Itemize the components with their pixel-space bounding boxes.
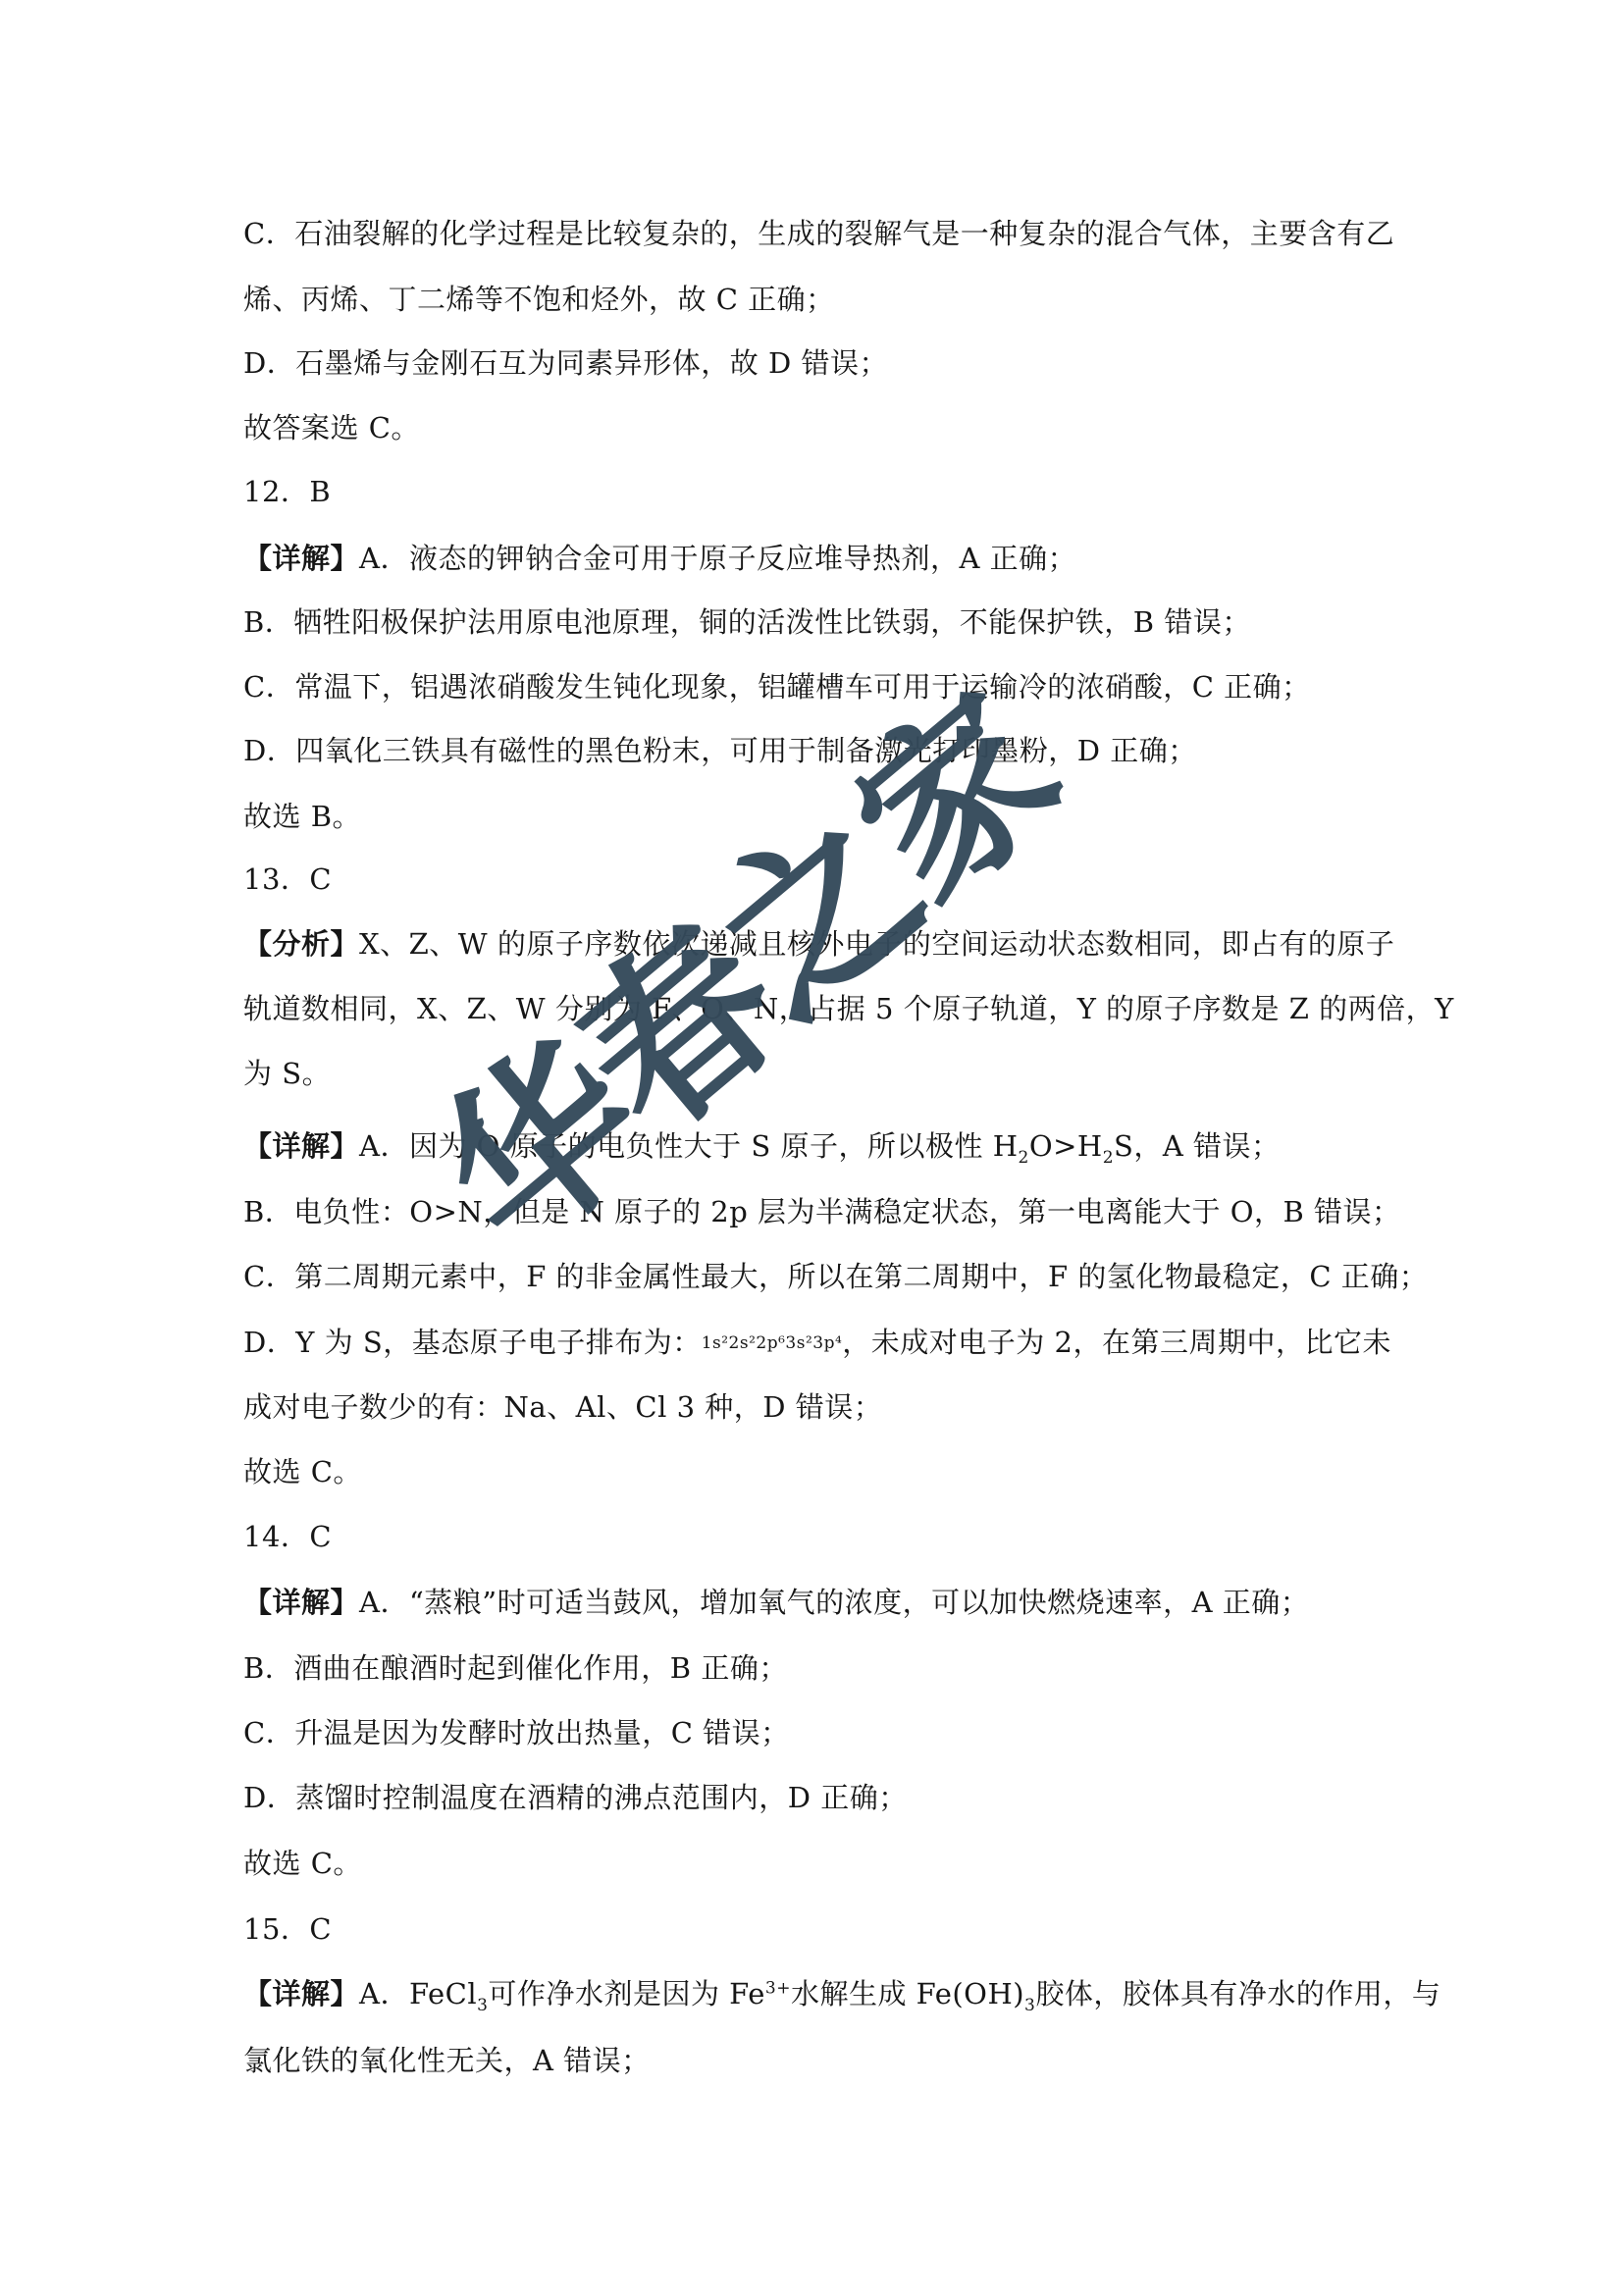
q13-analysis-line2: 轨道数相同，X、Z、W 分别为 F、O、N，占据 5 个原子轨道，Y 的原子序数… (243, 989, 1421, 1028)
q11-option-d: D．石墨烯与金刚石互为同素异形体，故 D 错误； (243, 343, 1421, 383)
q12-conclusion: 故选 B。 (243, 797, 1421, 836)
q12-detail-a: 【详解】A．液态的钾钠合金可用于原子反应堆导热剂，A 正确； (243, 539, 1421, 578)
text-segment: 水解生成 Fe(OH) (791, 1977, 1024, 2010)
detail-tag: 【详解】 (243, 1129, 359, 1163)
q13-analysis-text: X、Z、W 的原子序数依次递减且核外电子的空间运动状态数相同，即占有的原子 (359, 927, 1394, 961)
q15-answer: 15．C (243, 1909, 1421, 1949)
document-page: C．石油裂解的化学过程是比较复杂的，生成的裂解气是一种复杂的混合气体，主要含有乙… (0, 0, 1623, 2296)
q11-option-c-line2: 烯、丙烯、丁二烯等不饱和烃外，故 C 正确； (243, 280, 1421, 319)
q12-option-b: B．牺牲阳极保护法用原电池原理，铜的活泼性比铁弱，不能保护铁，B 错误； (243, 602, 1421, 642)
text-segment: O>H (1029, 1129, 1103, 1163)
q15-detail-a-line2: 氯化铁的氧化性无关，A 错误； (243, 2041, 1421, 2080)
subscript: 3 (477, 1996, 488, 2015)
q12-option-a-text: A．液态的钾钠合金可用于原子反应堆导热剂，A 正确； (359, 542, 1076, 575)
q13-option-d-line1: D．Y 为 S，基态原子电子排布为：1s²2s²2p⁶3s²3p⁴，未成对电子为… (243, 1323, 1421, 1363)
q13-conclusion: 故选 C。 (243, 1452, 1421, 1491)
subscript: 2 (1103, 1148, 1114, 1168)
text-segment: D．Y 为 S，基态原子电子排布为： (243, 1326, 702, 1359)
q15-detail-a-line1: 【详解】A．FeCl3可作净水剂是因为 Fe3+水解生成 Fe(OH)3胶体，胶… (243, 1974, 1421, 2013)
subscript: 2 (1018, 1148, 1028, 1168)
text-segment: ，未成对电子为 2，在第三周期中，比它未 (842, 1326, 1391, 1359)
q14-answer: 14．C (243, 1517, 1421, 1556)
q13-answer: 13．C (243, 860, 1421, 899)
q14-option-d: D．蒸馏时控制温度在酒精的沸点范围内，D 正确； (243, 1778, 1421, 1817)
q13-analysis-line1: 【分析】X、Z、W 的原子序数依次递减且核外电子的空间运动状态数相同，即占有的原… (243, 924, 1421, 964)
q14-option-c: C．升温是因为发酵时放出热量，C 错误； (243, 1713, 1421, 1752)
q13-detail-a: 【详解】A．因为 O 原子的电负性大于 S 原子，所以极性 H2O>H2S，A … (243, 1126, 1421, 1166)
q12-option-d: D．四氧化三铁具有磁性的黑色粉末，可用于制备激光打印墨粉，D 正确； (243, 731, 1421, 770)
q14-detail-a: 【详解】A．“蒸粮”时可适当鼓风，增加氧气的浓度，可以加快燃烧速率，A 正确； (243, 1583, 1421, 1622)
detail-tag: 【详解】 (243, 1977, 359, 2010)
detail-tag: 【详解】 (243, 542, 359, 575)
q11-option-c-line1: C．石油裂解的化学过程是比较复杂的，生成的裂解气是一种复杂的混合气体，主要含有乙 (243, 214, 1421, 253)
q12-answer: 12．B (243, 472, 1421, 511)
subscript: 3 (1024, 1996, 1035, 2015)
q13-analysis-line3: 为 S。 (243, 1054, 1421, 1093)
superscript: 3+ (765, 1978, 791, 1998)
text-segment: S，A 错误； (1114, 1129, 1281, 1163)
q14-conclusion: 故选 C。 (243, 1844, 1421, 1883)
text-segment: 胶体，胶体具有净水的作用，与 (1035, 1977, 1440, 2010)
q13-option-c: C．第二周期元素中，F 的非金属性最大，所以在第二周期中，F 的氢化物最稳定，C… (243, 1257, 1421, 1296)
electron-configuration: 1s²2s²2p⁶3s²3p⁴ (702, 1333, 843, 1353)
q14-option-b: B．酒曲在酿酒时起到催化作用，B 正确； (243, 1648, 1421, 1688)
q14-option-a-text: A．“蒸粮”时可适当鼓风，增加氧气的浓度，可以加快燃烧速率，A 正确； (359, 1586, 1309, 1619)
q13-option-b: B．电负性：O>N，但是 N 原子的 2p 层为半满稳定状态，第一电离能大于 O… (243, 1192, 1421, 1231)
analysis-tag: 【分析】 (243, 927, 359, 961)
q13-option-d-line2: 成对电子数少的有：Na、Al、Cl 3 种，D 错误； (243, 1387, 1421, 1427)
q12-option-c: C．常温下，铝遇浓硝酸发生钝化现象，铝罐槽车可用于运输冷的浓硝酸，C 正确； (243, 667, 1421, 706)
text-segment: 可作净水剂是因为 Fe (488, 1977, 764, 2010)
text-segment: A．因为 O 原子的电负性大于 S 原子，所以极性 H (359, 1129, 1018, 1163)
detail-tag: 【详解】 (243, 1586, 359, 1619)
text-segment: A．FeCl (359, 1977, 477, 2010)
q11-conclusion: 故答案选 C。 (243, 408, 1421, 447)
